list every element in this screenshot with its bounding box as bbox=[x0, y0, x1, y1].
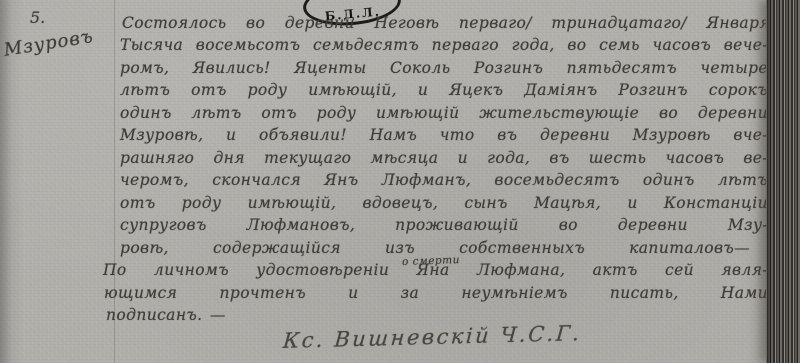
manuscript-line: Тысяча восемьсотъ семьдесятъ перваго год… bbox=[120, 38, 768, 54]
record-number: 5. bbox=[30, 8, 45, 27]
manuscript-line: ющимся прочтенъ и за неумѣніемъ писать, … bbox=[104, 286, 768, 302]
manuscript-line: рашняго дня текущаго мѣсяца и года, въ ш… bbox=[120, 151, 768, 167]
manuscript-line: Мзуровѣ, и объявили! Намъ что въ деревни… bbox=[120, 128, 768, 144]
manuscript-line: супруговъ Люфмановъ, проживающій во дере… bbox=[120, 218, 768, 234]
manuscript-line: ромъ, Явились! Яценты Соколь Розгинъ пят… bbox=[120, 61, 768, 77]
interlinear-insertion: о смерти bbox=[402, 254, 460, 268]
registrar-signature: Кс. Вишневскій Ч.С.Г. bbox=[282, 321, 582, 353]
manuscript-line: отъ роду имѣющій, вдовецъ, сынъ Мацѣя, и… bbox=[120, 196, 768, 212]
book-binding-edge bbox=[766, 0, 800, 363]
margin-place-name: Мзуровъ bbox=[2, 23, 114, 61]
manuscript-line: Состоялось во деревни Неговѣ перваго/ тр… bbox=[122, 16, 770, 32]
manuscript-line: черомъ, скончался Янъ Люфманъ, восемьдес… bbox=[120, 173, 768, 189]
manuscript-line: подписанъ. — bbox=[106, 308, 226, 324]
scanned-register-page: Б.Д.Л. 5. Мзуровъ Состоялось во деревни … bbox=[0, 0, 800, 363]
manuscript-line: лѣтъ отъ роду имѣющій, и Яцекъ Даміянъ Р… bbox=[120, 83, 768, 99]
manuscript-line: одинъ лѣтъ отъ роду имѣющій жительствующ… bbox=[120, 106, 768, 122]
